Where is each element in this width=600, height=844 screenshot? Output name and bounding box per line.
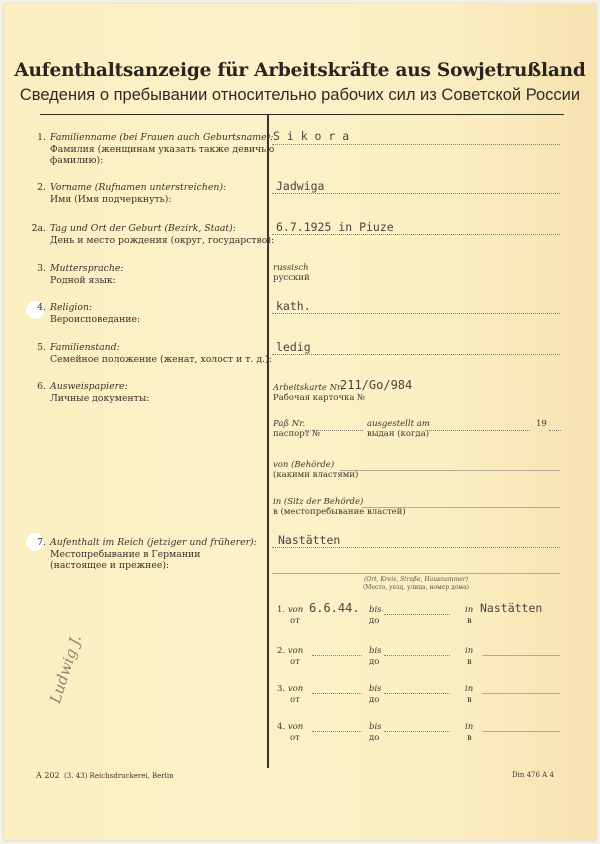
address-hint: (Ort, Kreis, Straße, Hausnummer) (Место,…: [272, 576, 560, 592]
title-german: Aufenthaltsanzeige für Arbeitskräfte aus…: [0, 60, 600, 81]
field-residence-label: 7.Aufenthalt im Reich (jetziger und früh…: [30, 537, 257, 572]
residence-to-line[interactable]: [384, 731, 450, 732]
field-language-label: 3.Muttersprache: Родной язык:: [30, 263, 123, 286]
field-residence-line: [272, 547, 560, 548]
field-birth-value[interactable]: 6.7.1925 in Piuze: [276, 220, 394, 234]
residence-from-value[interactable]: 6.6.44.: [309, 601, 360, 615]
field-firstname-value[interactable]: Jadwiga: [276, 179, 324, 193]
field-marital-label: 5.Familienstand: Семейное положение (жен…: [30, 342, 272, 365]
header-divider: [40, 114, 564, 115]
residence-from-line[interactable]: [312, 655, 362, 656]
issued-label: ausgestellt am выдан (когда): [367, 419, 430, 439]
field-surname-line: [272, 144, 560, 145]
footer-form-code: A 202 (3. 43) Reichsdruckerei, Berlin: [36, 771, 174, 780]
passport-line[interactable]: [305, 430, 363, 431]
field-marital-line: [272, 354, 560, 355]
title-russian: Сведения о пребывании относительно рабоч…: [0, 86, 600, 105]
field-birth-label: 2a.Tag und Ort der Geburt (Bezirk, Staat…: [30, 223, 274, 246]
passport-label: Paß Nr. паспорт №: [273, 419, 320, 439]
column-divider: [267, 115, 269, 768]
field-birth-line: [272, 234, 560, 235]
residence-place-line[interactable]: [482, 693, 560, 694]
residence-to-line[interactable]: [384, 655, 450, 656]
residence-place-line[interactable]: [482, 731, 560, 732]
field-residence-line2: [272, 573, 560, 574]
residence-from-line[interactable]: [312, 731, 362, 732]
residence-from-line[interactable]: [312, 693, 362, 694]
field-religion-line: [272, 313, 560, 314]
field-documents-label: 6.Ausweispapiere: Личные документы:: [30, 381, 149, 404]
field-religion-value[interactable]: kath.: [276, 299, 311, 313]
year-line[interactable]: [549, 430, 561, 431]
issued-line[interactable]: [425, 430, 530, 431]
footer-din: Din 476 A 4: [512, 771, 554, 779]
residence-to-line[interactable]: [384, 693, 450, 694]
residence-place-value[interactable]: Nastätten: [480, 601, 542, 615]
work-card-value[interactable]: 211/Go/984: [340, 378, 412, 392]
residence-to-line[interactable]: [384, 614, 450, 615]
field-marital-value[interactable]: ledig: [276, 340, 311, 354]
field-firstname-line: [272, 193, 560, 194]
field-residence-value[interactable]: Nastätten: [278, 533, 340, 547]
field-surname-value[interactable]: S i k o r a: [273, 129, 349, 143]
field-language-value: russisch русский: [273, 263, 310, 283]
seat-line[interactable]: [362, 507, 560, 508]
year-prefix: 19: [536, 419, 547, 429]
field-religion-label: 4.Religion: Вероисповедание:: [30, 302, 140, 325]
residence-place-line[interactable]: [482, 655, 560, 656]
field-surname-label: 1.Familienname (bei Frauen auch Geburtsn…: [30, 132, 274, 167]
field-firstname-label: 2.Vorname (Rufnamen unterstreichen): Имя…: [30, 182, 226, 205]
authority-line[interactable]: [340, 470, 560, 471]
